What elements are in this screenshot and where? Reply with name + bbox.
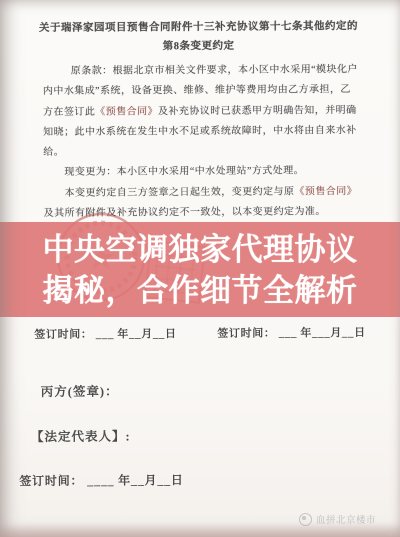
body-line-4: 知晓；此中水系统在发生中水不足或系统故障时，中水将由自来水补 xyxy=(43,121,351,143)
contract-body: 原条款：根据北京市相关文件要求，本小区中水采用“模块化户 内中水集成”系统，设备… xyxy=(43,60,352,224)
contract-title-line2: 第8条变更约定 xyxy=(39,37,359,54)
sign-date-bottom: 签订时间： ____ 年__月__日 xyxy=(19,471,184,489)
watermark-logo-icon xyxy=(299,513,312,526)
body-line-3: 方在签订此《预售合同》及补充协议时已获悉甲方明确告知，并明确 xyxy=(43,101,351,123)
body-line-7: 本变更约定自三方签章之日起生效，变更约定与原《预售合同》 xyxy=(43,182,351,204)
contract-photo: 关于瑞泽家园项目预售合同附件十三补充协议第十七条其他约定的 第8条变更约定 原条… xyxy=(0,0,400,537)
body-line-3-post: 及补充协议时已获悉甲方明确告知，并明确 xyxy=(158,105,357,117)
body-line-6: 现变更为：本小区中水采用“中水处理站”方式处理。 xyxy=(43,162,351,184)
watermark-text: 血拼北京楼市 xyxy=(316,512,376,526)
watermark: 血拼北京楼市 xyxy=(299,512,376,526)
headline-line2: 揭秘，合作细节全解析 xyxy=(43,271,358,310)
body-line-7-pre: 本变更约定自三方签章之日起生效，变更约定与原 xyxy=(65,186,295,198)
legal-rep-label: 【法定代表人】: xyxy=(31,426,131,445)
body-line-3-pre: 方在签订此 xyxy=(43,106,95,117)
body-line-1: 原条款：根据北京市相关文件要求，本小区中水采用“模块化户 xyxy=(43,60,351,82)
body-line-2: 内中水集成”系统，设备更换、维修、维护等费用均由乙方承担，乙 xyxy=(43,80,351,102)
body-line-5: 给。 xyxy=(43,141,351,163)
headline-line1: 中央空调独家代理协议 xyxy=(43,230,358,269)
sign-date-right: 签订时间： ___ 年___月__日 xyxy=(217,324,365,341)
presale-contract-ref: 《预售合同》 xyxy=(95,106,158,117)
party-c-label: 丙方(签章)： xyxy=(41,381,119,399)
sign-date-left: 签订时间： ___ 年__月__日 xyxy=(34,325,176,342)
sign-date-row: 签订时间： ___ 年__月__日 签订时间： ___ 年___月__日 xyxy=(0,324,400,326)
presale-contract-ref-2: 《预售合同》 xyxy=(294,186,357,197)
contract-title-line1: 关于瑞泽家园项目预售合同附件十三补充协议第十七条其他约定的 xyxy=(38,18,358,35)
headline-banner: 中央空调独家代理协议 揭秘，合作细节全解析 xyxy=(0,222,400,317)
